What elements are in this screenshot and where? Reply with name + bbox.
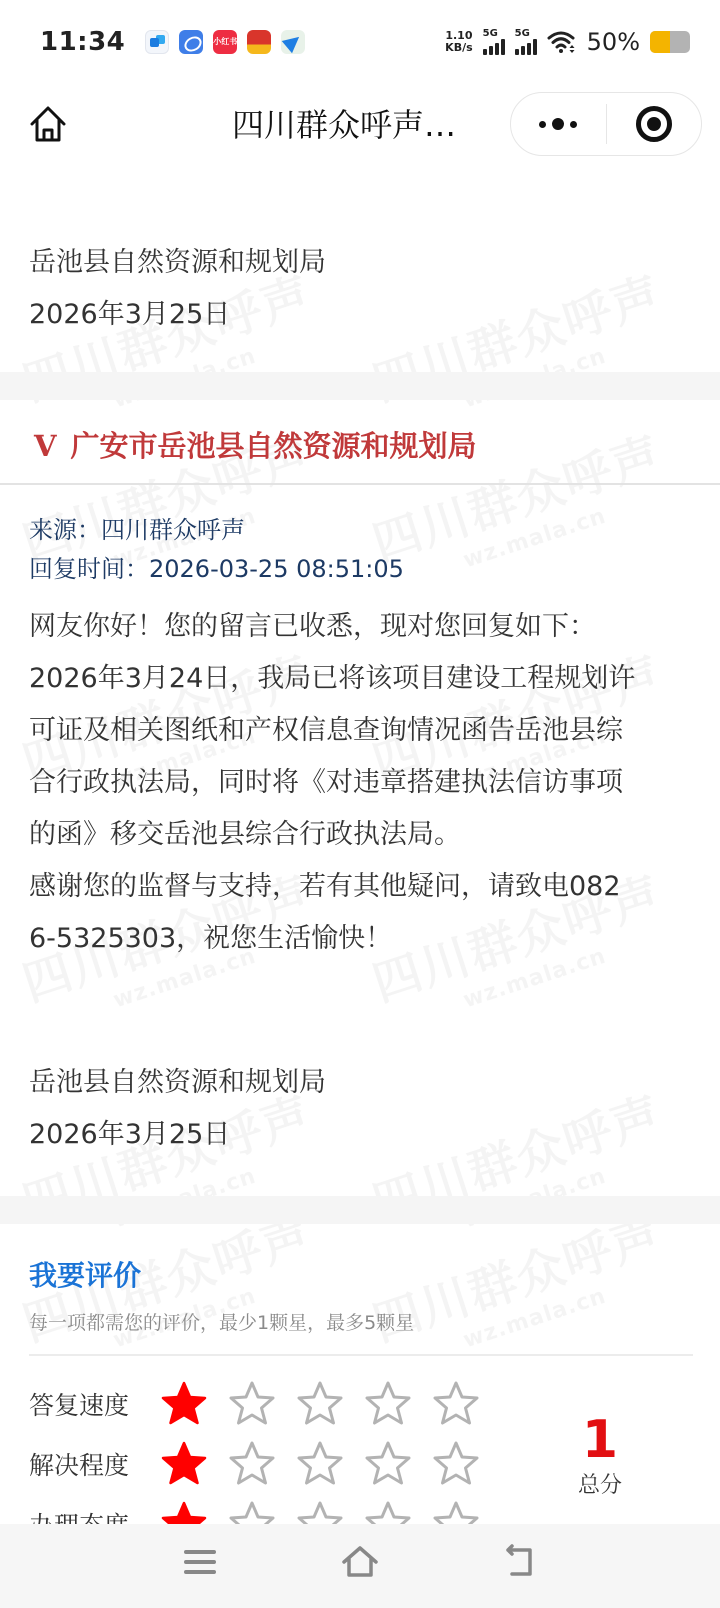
star-rating — [160, 1440, 480, 1488]
star-empty-icon[interactable] — [364, 1440, 412, 1488]
reply-body-line: 网友你好！您的留言已收悉，现对您回复如下： — [29, 604, 596, 643]
back-icon[interactable] — [500, 1542, 540, 1582]
reply-signature-date: 2026年3月25日 — [29, 1112, 230, 1151]
more-dots-icon — [539, 121, 546, 128]
more-button[interactable] — [511, 93, 606, 155]
star-rating — [160, 1380, 480, 1428]
reply-time: 回复时间：2026-03-25 08:51:05 — [29, 549, 404, 584]
star-filled-icon[interactable] — [160, 1380, 208, 1428]
rating-row-resolution: 解决程度 — [29, 1436, 480, 1492]
more-dots-icon — [552, 118, 564, 130]
star-empty-icon[interactable] — [296, 1380, 344, 1428]
prev-signature-department: 岳池县自然资源和规划局 — [29, 240, 326, 279]
capsule-menu — [510, 92, 702, 156]
signal-sim2-icon: 5G — [515, 29, 537, 55]
xiaohongshu-icon: 小红书 — [213, 30, 237, 54]
divider — [29, 1354, 693, 1356]
reply-body-line: 的函》移交岳池县综合行政执法局。 — [29, 812, 461, 851]
watermark: 四川群众呼声wz.mala.cn — [13, 256, 327, 438]
status-bar: 11:34 小红书 1.10 KB/s 5G 5G — [0, 0, 720, 84]
total-score-value: 1 — [570, 1412, 630, 1468]
more-dots-icon — [570, 121, 577, 128]
page-title: 四川群众呼声… — [232, 100, 456, 146]
reply-signature-department: 岳池县自然资源和规划局 — [29, 1060, 326, 1099]
rating-row-reply-speed: 答复速度 — [29, 1376, 480, 1432]
divider — [0, 483, 720, 485]
browser-icon — [179, 30, 203, 54]
reply-body-line: 合行政执法局，同时将《对违章搭建执法信访事项 — [29, 760, 623, 799]
star-empty-icon[interactable] — [228, 1440, 276, 1488]
evaluation-subtitle: 每一项都需您的评价，最少1颗星，最多5颗星 — [29, 1308, 414, 1335]
home-outline-icon[interactable] — [340, 1542, 380, 1582]
signal-sim1-icon: 5G — [483, 29, 505, 55]
verified-v-icon: V — [34, 429, 57, 463]
battery-icon — [650, 31, 690, 53]
paper-plane-icon — [281, 30, 305, 54]
star-empty-icon[interactable] — [228, 1380, 276, 1428]
watermark: 四川群众呼声wz.mala.cn — [13, 1076, 327, 1258]
total-score: 1 总分 — [570, 1412, 630, 1499]
reply-department-title: V广安市岳池县自然资源和规划局 — [34, 424, 477, 465]
section-gap — [0, 372, 720, 400]
watermark: 四川群众呼声wz.mala.cn — [363, 1076, 677, 1258]
reply-body-line: 感谢您的监督与支持，若有其他疑问，请致电082 — [29, 864, 621, 903]
star-filled-icon[interactable] — [160, 1440, 208, 1488]
evaluation-title: 我要评价 — [29, 1254, 141, 1294]
menu-icon[interactable] — [180, 1542, 220, 1582]
star-empty-icon[interactable] — [364, 1380, 412, 1428]
reply-body-line: 6-5325303，祝您生活愉快！ — [29, 916, 392, 955]
watermark: 四川群众呼声wz.mala.cn — [363, 256, 677, 438]
target-circle-icon — [636, 106, 672, 142]
prev-signature-date: 2026年3月25日 — [29, 292, 230, 331]
home-icon[interactable] — [26, 102, 70, 146]
section-gap — [0, 1196, 720, 1224]
close-mini-program-button[interactable] — [607, 93, 702, 155]
star-empty-icon[interactable] — [296, 1440, 344, 1488]
game-mascot-icon — [247, 30, 271, 54]
reply-body-line: 2026年3月24日，我局已将该项目建设工程规划许 — [29, 656, 635, 695]
app-blue-chat-icon — [145, 30, 169, 54]
clock: 11:34 — [40, 27, 125, 57]
reply-body-line: 可证及相关图纸和产权信息查询情况函告岳池县综 — [29, 708, 623, 747]
screen: 四川群众呼声wz.mala.cn 四川群众呼声wz.mala.cn 四川群众呼声… — [0, 0, 720, 1608]
battery-percent: 50% — [587, 28, 640, 56]
mini-program-nav-bar: 四川群众呼声… — [0, 84, 720, 164]
rating-label: 解决程度 — [29, 1446, 160, 1482]
star-empty-icon[interactable] — [432, 1380, 480, 1428]
star-empty-icon[interactable] — [432, 1440, 480, 1488]
wifi-icon — [547, 30, 577, 54]
rating-label: 答复速度 — [29, 1386, 160, 1422]
total-score-label: 总分 — [570, 1468, 630, 1499]
system-navigation-bar — [0, 1524, 720, 1608]
reply-source: 来源：四川群众呼声 — [29, 510, 245, 545]
network-speed: 1.10 KB/s — [445, 30, 472, 54]
